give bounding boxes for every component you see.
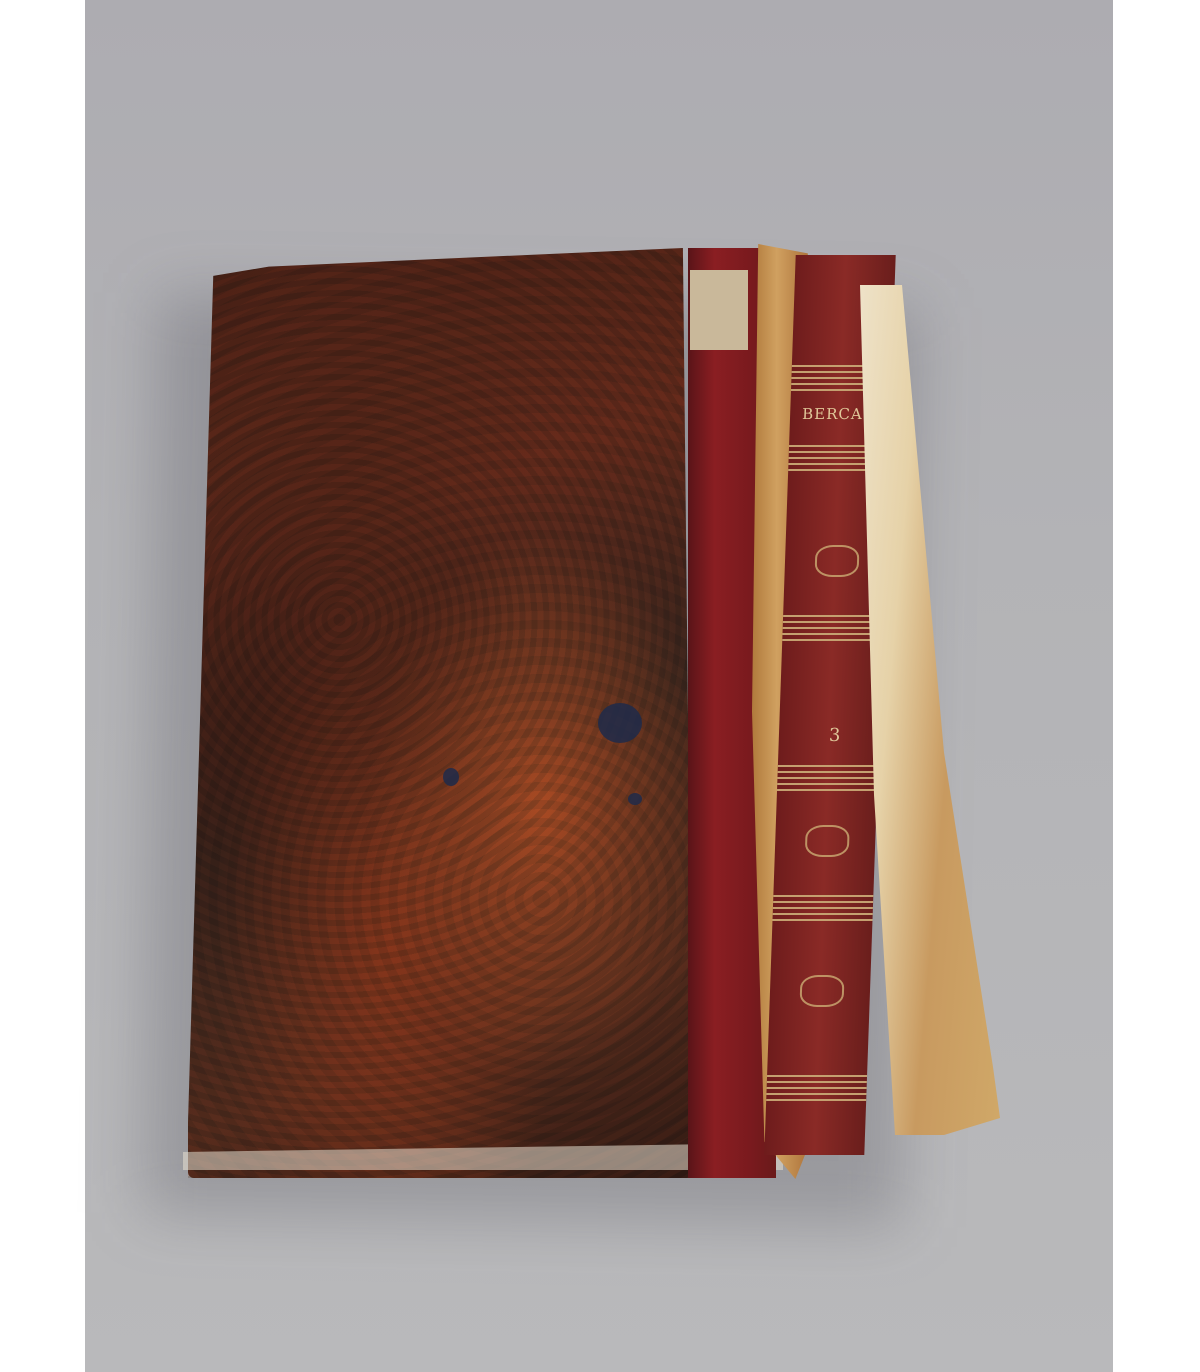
marbled-front-cover bbox=[188, 248, 693, 1178]
ink-stain bbox=[598, 703, 642, 743]
gilt-ornament bbox=[799, 975, 844, 1007]
gilt-bands bbox=[772, 895, 873, 921]
worn-leather-patch bbox=[690, 270, 748, 350]
gilt-bands bbox=[777, 765, 878, 791]
gilt-bands bbox=[766, 1075, 867, 1101]
gilt-bands bbox=[782, 615, 883, 641]
ink-stain bbox=[443, 768, 459, 786]
gilt-ornament bbox=[805, 825, 850, 857]
ink-stain bbox=[628, 793, 642, 805]
gilt-ornament bbox=[814, 545, 859, 577]
spine-volume-number: 3 bbox=[829, 725, 841, 746]
